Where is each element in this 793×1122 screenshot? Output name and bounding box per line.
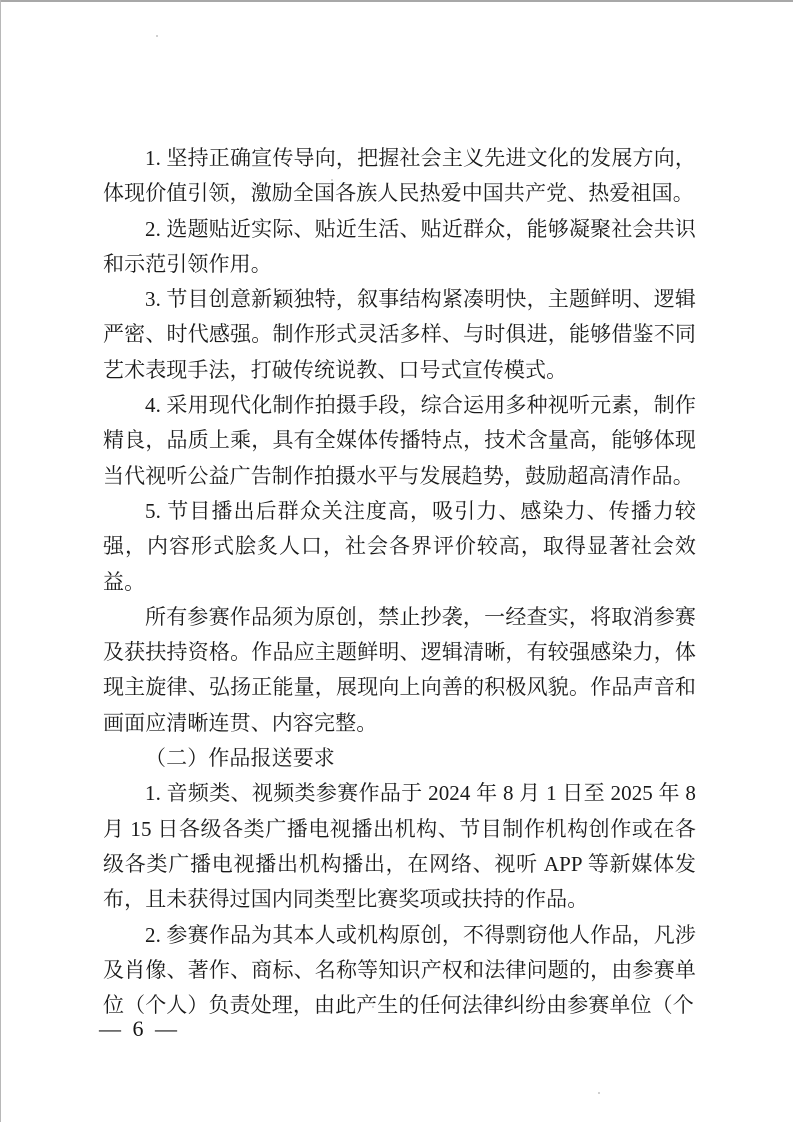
- submission-item-2: 2. 参赛作品为其本人或机构原创，不得剽窃他人作品，凡涉及肖像、著作、商标、名称…: [103, 918, 696, 1024]
- submission-item-1: 1. 音频类、视频类参赛作品于 2024 年 8 月 1 日至 2025 年 8…: [103, 776, 696, 917]
- document-page: 1. 坚持正确宣传导向，把握社会主义先进文化的发展方向，体现价值引领，激励全国各…: [0, 0, 793, 1122]
- criteria-item-2: 2. 选题贴近实际、贴近生活、贴近群众，能够凝聚社会共识和示范引领作用。: [103, 212, 696, 283]
- scan-edge-left-artifact: [0, 0, 1, 1122]
- scan-speck: [598, 1092, 600, 1094]
- criteria-item-1: 1. 坚持正确宣传导向，把握社会主义先进文化的发展方向，体现价值引领，激励全国各…: [103, 141, 696, 212]
- originality-note: 所有参赛作品须为原创，禁止抄袭，一经查实，将取消参赛及获扶持资格。作品应主题鲜明…: [103, 600, 696, 741]
- criteria-item-4: 4. 采用现代化制作拍摄手段，综合运用多种视听元素，制作精良，品质上乘，具有全媒…: [103, 388, 696, 494]
- criteria-item-5: 5. 节目播出后群众关注度高，吸引力、感染力、传播力较强，内容形式脍炙人口，社会…: [103, 494, 696, 600]
- page-number: — 6 —: [99, 1016, 180, 1042]
- scan-speck: [156, 35, 158, 37]
- document-body: 1. 坚持正确宣传导向，把握社会主义先进文化的发展方向，体现价值引领，激励全国各…: [103, 141, 696, 1023]
- section-heading-submission-requirements: （二）作品报送要求: [103, 741, 696, 776]
- scan-edge-top-artifact: [0, 0, 793, 2]
- criteria-item-3: 3. 节目创意新颖独特，叙事结构紧凑明快，主题鲜明、逻辑严密、时代感强。制作形式…: [103, 282, 696, 388]
